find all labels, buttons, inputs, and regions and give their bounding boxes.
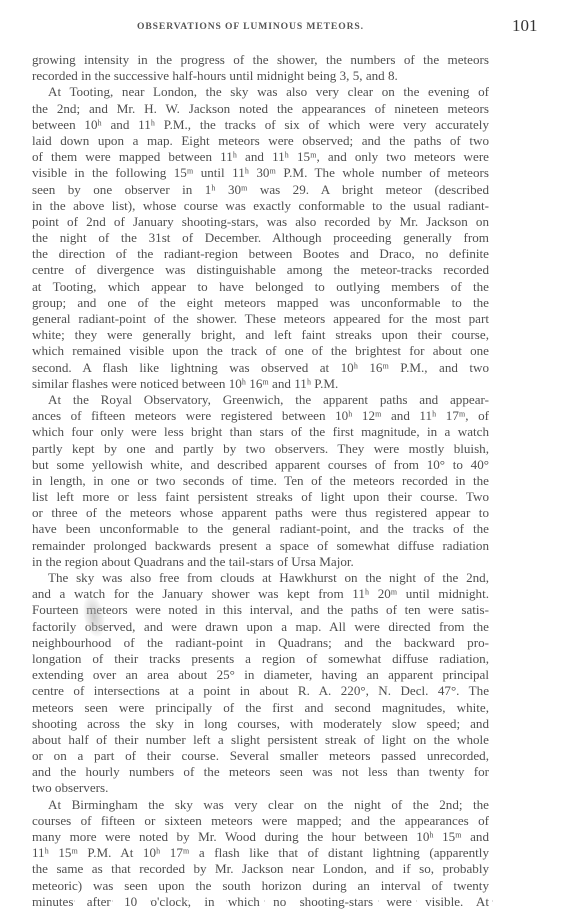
- paragraph-start-birmingham: At Birmingham the sky was very clear on …: [32, 797, 489, 813]
- text-line: in the above list), whose course was exa…: [32, 198, 489, 214]
- running-head: Observations of Luminous Meteors. 101: [32, 16, 488, 36]
- text-line: of them were mapped between 11ʰ and 11ʰ …: [32, 149, 489, 165]
- paragraph-start-greenwich: At the Royal Observatory, Greenwich, the…: [32, 392, 489, 408]
- text-line: but some yellowish white, and described …: [32, 457, 489, 473]
- scan-speckles: [36, 900, 496, 902]
- text-line: about half of their number left a slight…: [32, 732, 489, 748]
- text-line: in length, in one or two seconds of time…: [32, 473, 489, 489]
- text-line: centre of intersections at a point in ab…: [32, 683, 489, 699]
- text-line: 11ʰ 15ᵐ P.M. At 10ʰ 17ᵐ a flash like tha…: [32, 845, 489, 861]
- text-line: growing intensity in the progress of the…: [32, 52, 489, 68]
- text-line: similar flashes were noticed between 10ʰ…: [32, 376, 489, 392]
- text-line: courses of fifteen or sixteen meteors we…: [32, 813, 489, 829]
- text-line: centre of divergence was distinguishable…: [32, 262, 489, 278]
- body-text: growing intensity in the progress of the…: [32, 52, 489, 910]
- text-line: or on a part of their course. Several sm…: [32, 748, 489, 764]
- text-line: neighbourhood of the radiant-point in Qu…: [32, 635, 489, 651]
- text-line: the night of the 31st of December. Altho…: [32, 230, 489, 246]
- text-line: two observers.: [32, 780, 489, 796]
- text-line: meteoric) was seen upon the south horizo…: [32, 878, 489, 894]
- text-line: factorily observed, and were drawn upon …: [32, 619, 489, 635]
- text-line: ances of fifteen meteors were registered…: [32, 408, 489, 424]
- text-line: visible in the following 15ᵐ until 11ʰ 3…: [32, 165, 489, 181]
- running-title: Observations of Luminous Meteors.: [137, 21, 364, 32]
- text-line: the direction of the radiant-region betw…: [32, 246, 489, 262]
- text-line: laid down upon a map. Eight meteors were…: [32, 133, 489, 149]
- text-line: point of 2nd of January shooting-stars, …: [32, 214, 489, 230]
- text-line: the 2nd; and Mr. H. W. Jackson noted the…: [32, 101, 489, 117]
- text-line: in the region about Quadrans and the tai…: [32, 554, 489, 570]
- text-line: which remained visible upon the track of…: [32, 343, 489, 359]
- text-line: and a watch for the January shower was k…: [32, 586, 489, 602]
- text-line: recorded in the successive half-hours un…: [32, 68, 489, 84]
- text-line: the same as that recorded by Mr. Jackson…: [32, 861, 489, 877]
- text-line: meteors seen were principally of the fir…: [32, 700, 489, 716]
- text-line: longation of their tracks presents a reg…: [32, 651, 489, 667]
- text-line: group; and one of the eight meteors mapp…: [32, 295, 489, 311]
- text-line: seen by one observer in 1ʰ 30ᵐ was 29. A…: [32, 182, 489, 198]
- text-line: list left more or less faint persistent …: [32, 489, 489, 505]
- paragraph-start-tooting: At Tooting, near London, the sky was als…: [32, 84, 489, 100]
- text-line: have been unconformable to the general r…: [32, 521, 489, 537]
- text-line: which four only were less bright than st…: [32, 424, 489, 440]
- text-line: remainder prolonged backwards present a …: [32, 538, 489, 554]
- text-line: between 10ʰ and 11ʰ P.M., the tracks of …: [32, 117, 489, 133]
- text-line: many more were noted by Mr. Wood during …: [32, 829, 489, 845]
- text-line: partly kept by one and partly by two obs…: [32, 441, 489, 457]
- document-page: Observations of Luminous Meteors. 101 gr…: [0, 0, 573, 914]
- text-line: shooting across the sky in long courses,…: [32, 716, 489, 732]
- text-line: general radiant-point of the shower. The…: [32, 311, 489, 327]
- text-line: and the hourly numbers of the meteors se…: [32, 764, 489, 780]
- text-line: or three of the meteors whose apparent p…: [32, 505, 489, 521]
- paragraph-start-hawkhurst: The sky was also free from clouds at Haw…: [32, 570, 489, 586]
- page-number: 101: [512, 16, 538, 36]
- text-line: white; they were generally bright, and l…: [32, 327, 489, 343]
- text-line: extending over an area about 25° in diam…: [32, 667, 489, 683]
- text-line: at Tooting, which appear to have belonge…: [32, 279, 489, 295]
- text-line: second. A flash like lightning was obser…: [32, 360, 489, 376]
- text-line: Fourteen meteors were noted in this inte…: [32, 602, 489, 618]
